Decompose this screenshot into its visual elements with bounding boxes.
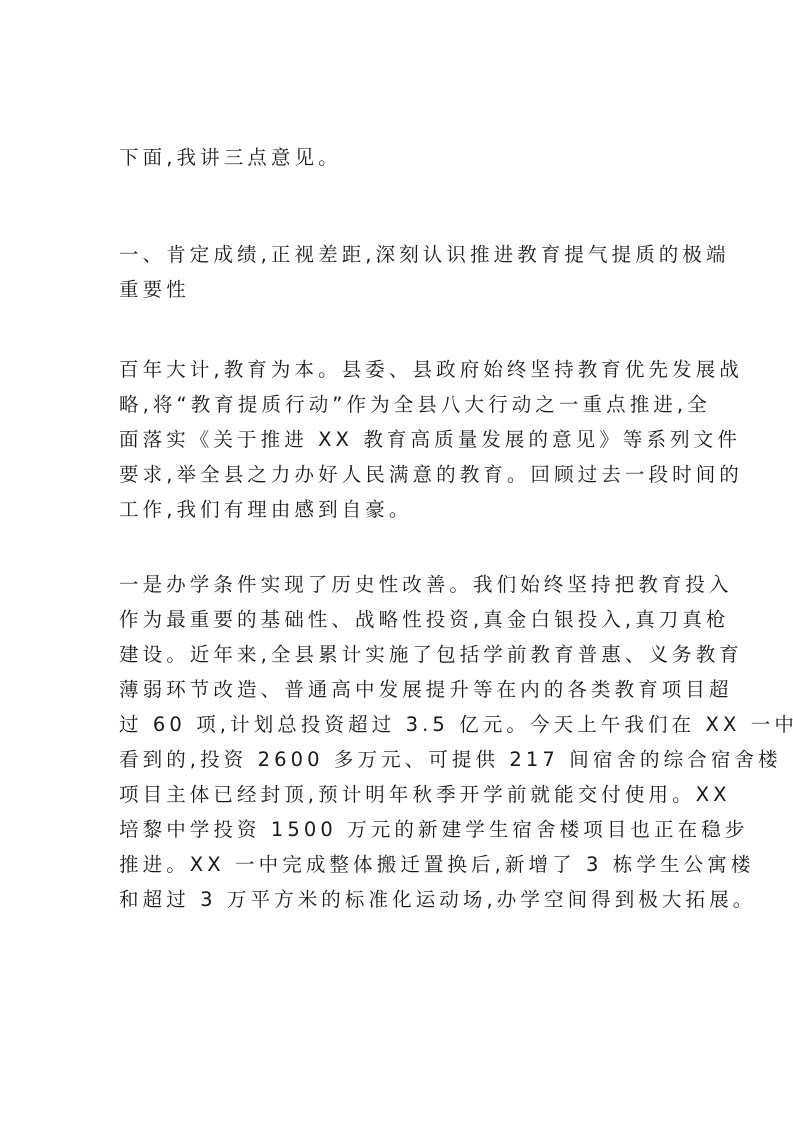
paragraph-line: 作为最重要的基础性、战略性投资,真金白银投入,真刀真枪 — [119, 608, 679, 632]
paragraph-line: 略,将“教育提质行动”作为全县八大行动之一重点推进,全 — [119, 393, 679, 417]
paragraph-line: 面落实《关于推进 XX 教育高质量发展的意见》等系列文件 — [119, 428, 679, 452]
paragraph-line: 建设。近年来,全县累计实施了包括学前教育普惠、义务教育 — [119, 643, 679, 667]
paragraph-line: 一是办学条件实现了历史性改善。我们始终坚持把教育投入 — [119, 573, 679, 597]
paragraph-line: 项目主体已经封顶,预计明年秋季开学前就能交付使用。XX — [119, 783, 679, 807]
paragraph-line: 培黎中学投资 1500 万元的新建学生宿舍楼项目也正在稳步 — [119, 818, 679, 842]
paragraph-line: 看到的,投资 2600 多万元、可提供 217 间宿舍的综合宿舍楼 — [119, 748, 679, 772]
document-page: 下面,我讲三点意见。 一、肯定成绩,正视差距,深刻认识推进教育提气提质的极端 重… — [0, 0, 793, 1122]
section-heading-line: 重要性 — [119, 278, 679, 302]
paragraph-line: 要求,举全县之力办好人民满意的教育。回顾过去一段时间的 — [119, 463, 679, 487]
paragraph-line: 工作,我们有理由感到自豪。 — [119, 498, 679, 522]
paragraph-line: 推进。XX 一中完成整体搬迁置换后,新增了 3 栋学生公寓楼 — [119, 853, 679, 877]
intro-line: 下面,我讲三点意见。 — [119, 146, 679, 170]
section-heading-line: 一、肯定成绩,正视差距,深刻认识推进教育提气提质的极端 — [119, 243, 679, 267]
paragraph-line: 薄弱环节改造、普通高中发展提升等在内的各类教育项目超 — [119, 678, 679, 702]
paragraph-line: 过 60 项,计划总投资超过 3.5 亿元。今天上午我们在 XX 一中 — [119, 713, 679, 737]
paragraph-line: 和超过 3 万平方米的标准化运动场,办学空间得到极大拓展。 — [119, 888, 679, 912]
paragraph-line: 百年大计,教育为本。县委、县政府始终坚持教育优先发展战 — [119, 358, 679, 382]
